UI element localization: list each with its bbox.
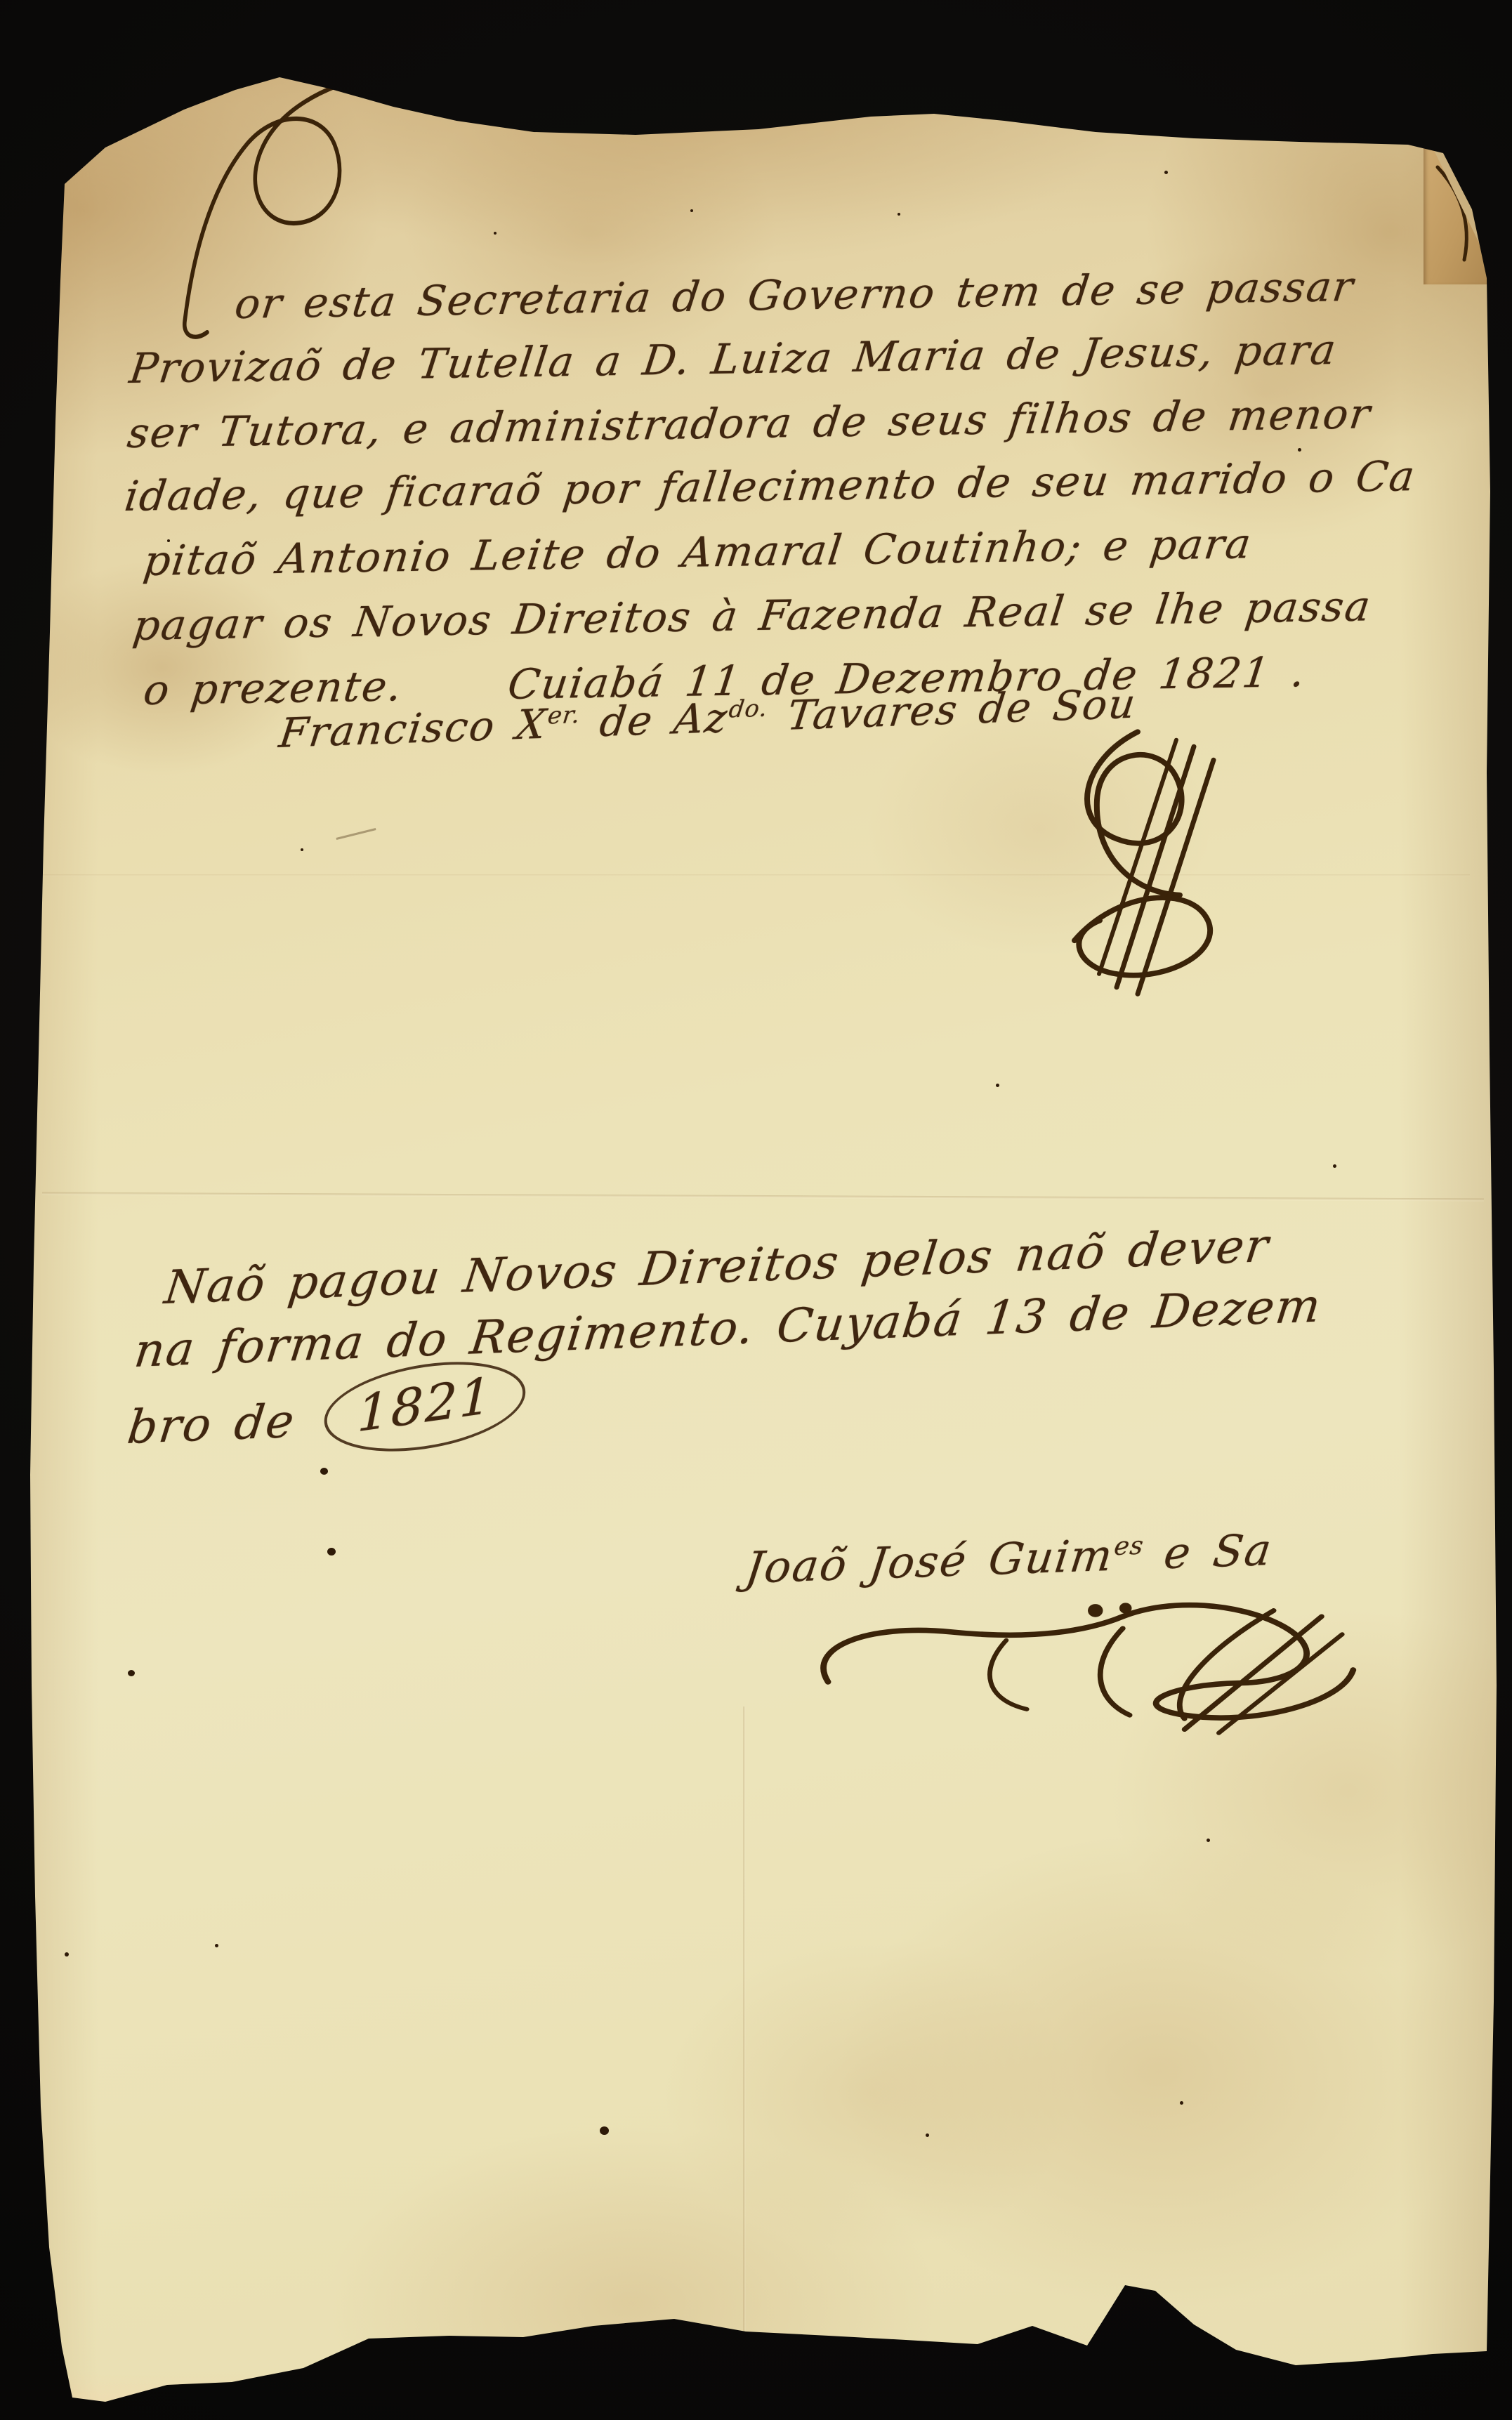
pencil-dash-mark [336, 828, 376, 840]
ink-speck [926, 2133, 929, 2137]
line-text: pitaõ Antonio Leite do Amaral Coutinho; … [141, 519, 1255, 585]
horizontal-fold-crease-faint [42, 874, 1470, 876]
ink-dot [327, 1548, 336, 1556]
text-line: Provizaõ de Tutella a D. Luiza Maria de … [127, 325, 1340, 393]
vertical-fold-crease [743, 1707, 746, 2420]
line-text: or esta Secretaria do Governo tem de se … [232, 262, 1357, 328]
ink-speck [1298, 448, 1301, 452]
line-text: Provizaõ de Tutella a D. Luiza Maria de … [127, 325, 1340, 393]
ink-dot [320, 1468, 328, 1475]
text-line: pitaõ Antonio Leite do Amaral Coutinho; … [141, 519, 1255, 585]
signature-text: Francisco X [277, 700, 550, 757]
paper-hole [600, 2126, 609, 2135]
text-line: ser Tutora, e administradora de seus fil… [125, 389, 1374, 457]
ink-speck [1207, 1839, 1210, 1842]
ink-speck [1052, 42, 1055, 45]
ink-speck [65, 1952, 69, 1957]
ink-speck [845, 81, 848, 85]
line-text: bro de [124, 1393, 320, 1454]
ink-speck [301, 848, 303, 851]
signature-superscript: es [1112, 1532, 1145, 1561]
treasurer-signature: Joaõ José Guimes e Sa [742, 1524, 1275, 1593]
line-text: idade, que ficaraõ por fallecimento de s… [122, 452, 1419, 520]
ink-speck [494, 232, 497, 235]
line-text: pagar os Novos Direitos à Fazenda Real s… [131, 581, 1374, 650]
photo-black-background: or esta Secretaria do Governo tem de se … [0, 0, 1512, 2420]
line-text: ser Tutora, e administradora de seus fil… [125, 389, 1374, 457]
signature-superscript: do. [728, 695, 770, 723]
ink-speck [996, 1084, 999, 1087]
ink-speck [215, 1944, 218, 1947]
text-line: idade, que ficaraõ por fallecimento de s… [122, 452, 1419, 520]
manuscript-page: or esta Secretaria do Governo tem de se … [0, 0, 1512, 2420]
text-line: pagar os Novos Direitos à Fazenda Real s… [131, 581, 1374, 650]
text-line: or esta Secretaria do Governo tem de se … [232, 262, 1357, 328]
horizontal-fold-crease [42, 1192, 1484, 1202]
signature-superscript: er. [546, 701, 582, 730]
corner-ink-mark [1429, 154, 1485, 267]
ink-speck [1333, 1164, 1336, 1168]
signature-text: de Az [577, 694, 731, 747]
signature-text: e Sa [1140, 1524, 1275, 1579]
note-line: bro de 1821 [123, 1369, 530, 1470]
ink-speck [898, 213, 900, 216]
ink-dot [128, 1670, 135, 1676]
ink-speck [690, 209, 693, 212]
secretary-rubric-flourish [1032, 720, 1243, 1001]
dog-ear-corner [1424, 140, 1494, 284]
signature-text: Joaõ José Guim [742, 1530, 1116, 1593]
ink-speck [1164, 171, 1168, 174]
ink-speck [1180, 2101, 1183, 2105]
dateline-flourish-mark: . [1268, 647, 1309, 697]
treasurer-rubric-flourish [801, 1593, 1376, 1747]
